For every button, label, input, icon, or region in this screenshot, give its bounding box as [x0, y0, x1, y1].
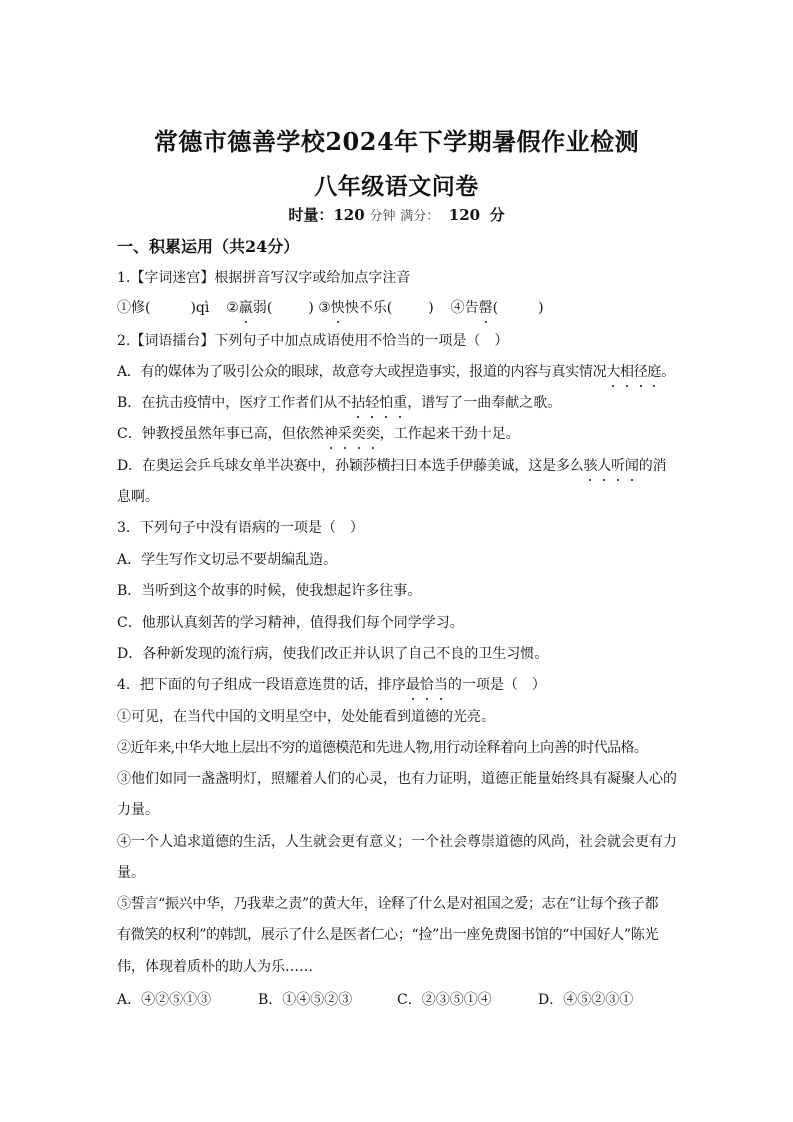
question-4-sentence: ③他们如同一盏盏明灯，照耀着人们的心灵，也有力证明，道德正能量始终具有凝聚人心的: [117, 769, 677, 789]
question-4-sentence: ④一个人追求道德的生活，人生就会更有意义；一个社会尊崇道德的风尚，社会就会更有力: [117, 832, 677, 852]
question-4-option-d: D．④⑤②③①: [538, 989, 633, 1009]
question-4-option-a: A．④②⑤①③: [117, 989, 211, 1009]
question-4-sentence-cont: 力量。: [117, 800, 159, 820]
question-2-option-b: B．在抗击疫情中，医疗工作者们从不拈轻怕重，谱写了一曲奉献之歌。: [117, 393, 561, 413]
q1-item-3: ③: [318, 300, 331, 316]
q1-item-1: ①修(: [117, 300, 150, 316]
question-1-items: ①修()qì ②羸弱() ③怏怏不乐() ④告罄(): [117, 298, 544, 318]
exam-subtitle: 八年级语文问卷: [0, 168, 793, 201]
time-unit: 分钟: [369, 209, 395, 224]
question-4-sentence-cont: 伟，体现着质朴的助人为乐……: [117, 957, 313, 977]
question-3-option-c: C．他那认真刻苦的学习精神，值得我们每个同学学习。: [117, 613, 464, 633]
question-2-stem: 2.【词语擂台】下列句子中加点成语使用不恰当的一项是（ ）: [117, 331, 508, 351]
question-2-option-d: D．在奥运会乒乓球女单半决赛中，孙颖莎横扫日本选手伊藤美诚，这是多么骇人听闻的消: [117, 456, 666, 476]
score-unit: 分: [490, 206, 505, 224]
question-1-stem: 1.【字词迷宫】根据拼音写汉字或给加点字注音: [117, 268, 410, 288]
score-label: 满分：: [400, 209, 439, 224]
q1-item-4: ④告: [451, 300, 479, 316]
exam-title: 常德市德善学校2024年下学期暑假作业检测: [0, 122, 793, 157]
question-4-option-c: C．②③⑤①④: [397, 989, 492, 1009]
exam-page: 常德市德善学校2024年下学期暑假作业检测 八年级语文问卷 时量：120 分钟 …: [0, 0, 793, 1122]
question-3-option-a: A．学生写作文切忌不要胡编乱造。: [117, 550, 337, 570]
question-4-sentence: ②近年来,中华大地上层出不穷的道德模范和先进人物,用行动诠释着向上向善的时代品格…: [117, 738, 647, 758]
time-label: 时量：: [288, 206, 333, 224]
question-4-sentence-cont: 量。: [117, 863, 145, 883]
question-4-stem: 4．把下面的句子组成一段语意连贯的话，排序最恰当的一项是（ ）: [117, 675, 546, 695]
exam-meta: 时量：120 分钟 满分： 120 分: [0, 204, 793, 225]
question-4-sentence: ①可见，在当代中国的文明星空中，处处能看到道德的光亮。: [117, 707, 495, 727]
question-4-sentence: ⑤誓言“振兴中华，乃我辈之责”的黄大年，诠释了什么是对祖国之爱；志在“让每个孩子…: [117, 894, 658, 914]
question-2-option-a: A．有的媒体为了吸引公众的眼球，故意夸大或捏造事实，报道的内容与真实情况大相径庭…: [117, 362, 675, 382]
question-3-option-d: D．各种新发现的流行病，使我们改正并认识了自己不良的卫生习惯。: [117, 644, 548, 664]
question-2-option-d-cont: 息啊。: [117, 487, 159, 507]
score-value: 120: [449, 206, 480, 224]
q1-item-2: ②: [226, 300, 239, 316]
question-4-option-b: B．①④⑤②③: [258, 989, 352, 1009]
section-heading: 一、积累运用（共24分）: [117, 237, 299, 257]
question-2-option-c: C．钟教授虽然年事已高，但依然神采奕奕，工作起来干劲十足。: [117, 424, 520, 444]
question-3-option-b: B．当听到这个故事的时候，使我想起许多往事。: [117, 581, 421, 601]
question-4-sentence-cont: 有微笑的权利”的韩凯，展示了什么是医者仁心；“捡”出一座免费图书馆的“中国好人”…: [117, 925, 658, 945]
question-3-stem: 3．下列句子中没有语病的一项是（ ）: [117, 518, 364, 538]
time-value: 120: [333, 206, 364, 224]
